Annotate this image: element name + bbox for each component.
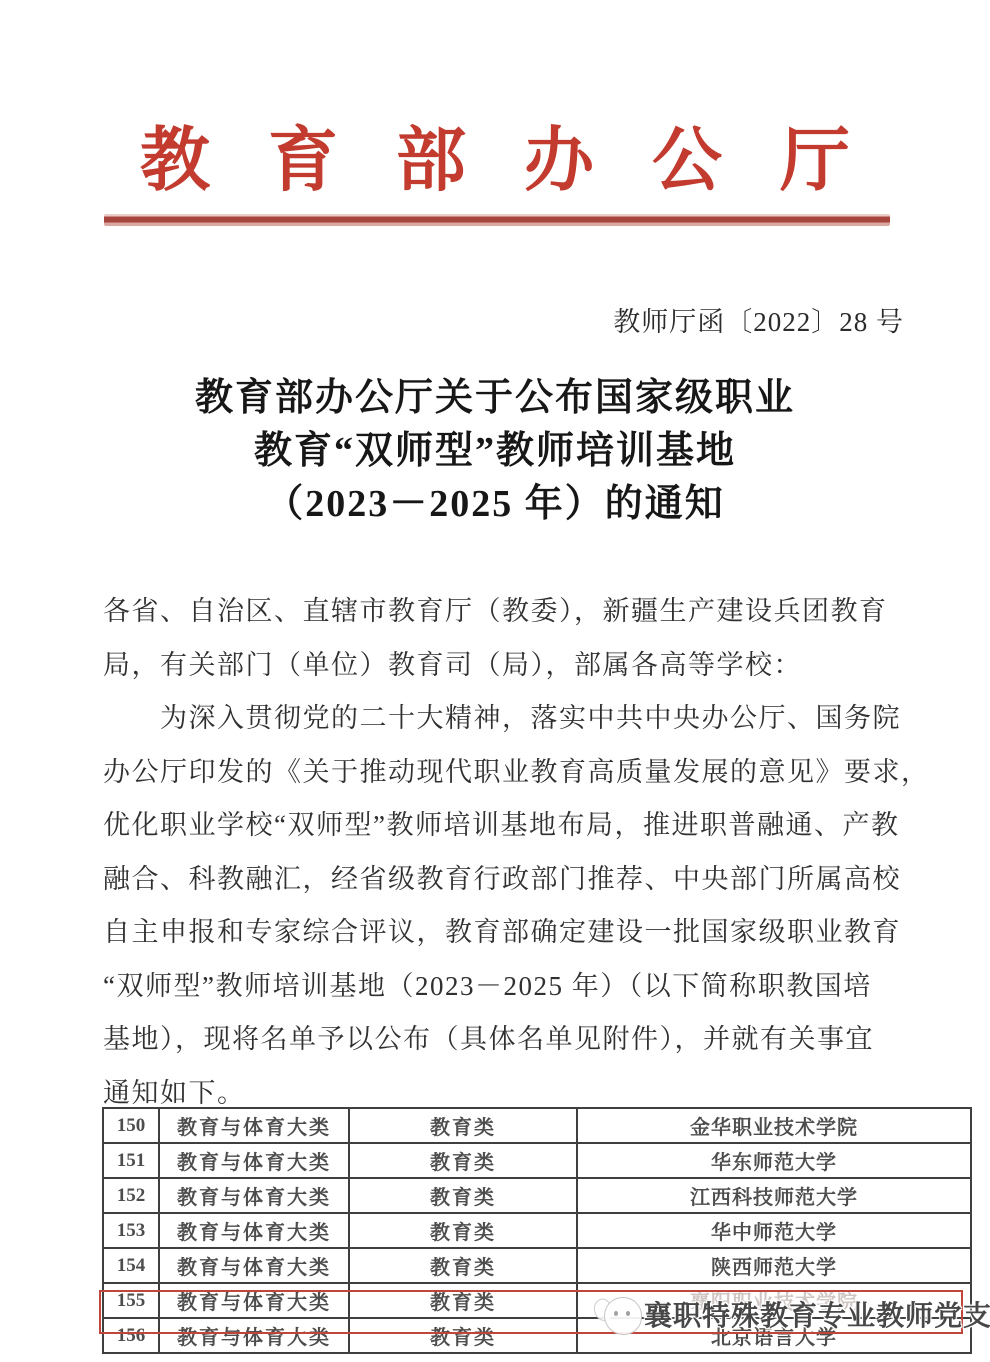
row-number-cell: 151	[103, 1143, 159, 1178]
category-cell: 教育类	[349, 1143, 577, 1178]
notice-title-line: 教育“双师型”教师培训基地	[0, 425, 990, 478]
school-cell: 金华职业技术学院	[577, 1108, 971, 1143]
notice-title-line: （2023－2025 年）的通知	[0, 478, 990, 531]
category-cell: 教育类	[349, 1318, 577, 1353]
major-category-cell: 教育与体育大类	[159, 1178, 349, 1213]
row-number-cell: 152	[103, 1178, 159, 1213]
body-line: 局，有关部门（单位）教育司（局），部属各高等学校：	[103, 639, 913, 693]
major-category-cell: 教育与体育大类	[159, 1108, 349, 1143]
category-cell: 教育类	[349, 1213, 577, 1248]
document-page: 教育部办公厅 教师厅函〔2022〕28 号 教育部办公厅关于公布国家级职业 教育…	[0, 0, 990, 1362]
major-category-cell: 教育与体育大类	[159, 1318, 349, 1353]
body-line: 各省、自治区、直辖市教育厅（教委），新疆生产建设兵团教育	[103, 585, 913, 639]
row-number-cell: 153	[103, 1213, 159, 1248]
row-number-cell: 150	[103, 1108, 159, 1143]
category-cell: 教育类	[349, 1178, 577, 1213]
body-line: “双师型”教师培训基地（2023－2025 年）（以下简称职教国培	[103, 960, 913, 1014]
table-row: 151 教育与体育大类 教育类 华东师范大学	[103, 1143, 971, 1178]
major-category-cell: 教育与体育大类	[159, 1248, 349, 1283]
letterhead-agency-name: 教育部办公厅	[0, 104, 990, 205]
school-cell: 华东师范大学	[577, 1143, 971, 1178]
table-row: 150 教育与体育大类 教育类 金华职业技术学院	[103, 1108, 971, 1143]
notice-body: 各省、自治区、直辖市教育厅（教委），新疆生产建设兵团教育 局，有关部门（单位）教…	[103, 585, 913, 1120]
mascot-icon	[592, 1293, 644, 1335]
body-line: 基地），现将名单予以公布（具体名单见附件），并就有关事宜	[103, 1013, 913, 1067]
body-line: 自主申报和专家综合评议，教育部确定建设一批国家级职业教育	[103, 906, 913, 960]
notice-title-line: 教育部办公厅关于公布国家级职业	[0, 372, 990, 425]
category-cell: 教育类	[349, 1283, 577, 1318]
category-cell: 教育类	[349, 1248, 577, 1283]
table-row: 154 教育与体育大类 教育类 陕西师范大学	[103, 1248, 971, 1283]
table-row: 153 教育与体育大类 教育类 华中师范大学	[103, 1213, 971, 1248]
row-number-cell: 154	[103, 1248, 159, 1283]
school-cell: 华中师范大学	[577, 1213, 971, 1248]
doc-number: 教师厅函〔2022〕28 号	[613, 300, 904, 339]
school-cell: 江西科技师范大学	[577, 1178, 971, 1213]
letterhead-rule	[104, 214, 890, 226]
row-number-cell: 155	[103, 1283, 159, 1318]
body-line: 办公厅印发的《关于推动现代职业教育高质量发展的意见》要求，	[103, 746, 913, 800]
body-line: 融合、科教融汇，经省级教育行政部门推荐、中央部门所属高校	[103, 853, 913, 907]
category-cell: 教育类	[349, 1108, 577, 1143]
notice-title: 教育部办公厅关于公布国家级职业 教育“双师型”教师培训基地 （2023－2025…	[0, 372, 990, 531]
school-cell: 陕西师范大学	[577, 1248, 971, 1283]
major-category-cell: 教育与体育大类	[159, 1143, 349, 1178]
major-category-cell: 教育与体育大类	[159, 1283, 349, 1318]
row-number-cell: 156	[103, 1318, 159, 1353]
major-category-cell: 教育与体育大类	[159, 1213, 349, 1248]
body-line: 为深入贯彻党的二十大精神，落实中共中央办公厅、国务院	[103, 692, 913, 746]
watermark-label: 襄职特殊教育专业教师党支部	[644, 1294, 990, 1334]
letterhead-agency-text: 教育部办公厅	[140, 123, 908, 200]
body-line: 优化职业学校“双师型”教师培训基地布局，推进职普融通、产教	[103, 799, 913, 853]
watermark: 襄职特殊教育专业教师党支部	[592, 1289, 990, 1339]
table-row: 152 教育与体育大类 教育类 江西科技师范大学	[103, 1178, 971, 1213]
